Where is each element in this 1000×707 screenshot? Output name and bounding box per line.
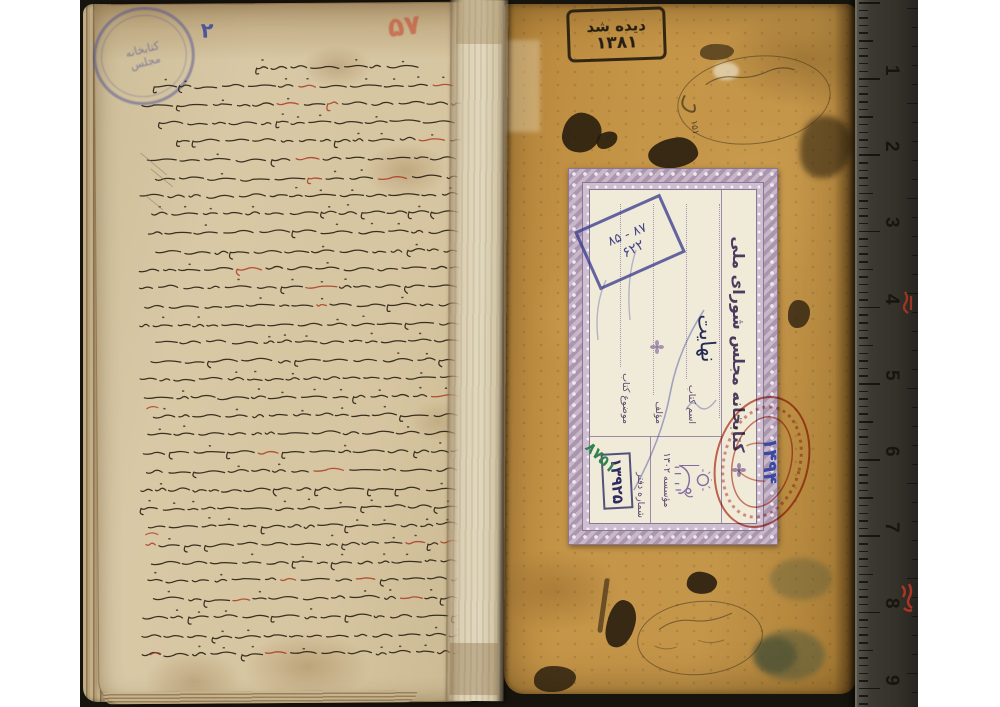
- ruler-tick: [907, 198, 918, 199]
- register-label: شماره دفتر: [635, 472, 646, 518]
- ruler-tick: [907, 8, 918, 9]
- ruler-tick: [912, 654, 918, 655]
- ruler-tick: [912, 616, 918, 617]
- ruler-tick: [859, 558, 868, 560]
- ruler-tick: [859, 574, 873, 576]
- ruler-tick: [859, 124, 868, 126]
- ruler-tick: [859, 353, 868, 355]
- ruler-tick: [912, 426, 918, 427]
- ruler-tick: [912, 122, 918, 123]
- ruler-tick: [912, 160, 918, 161]
- ruler-tick: [859, 695, 868, 697]
- ruler-tick: [859, 459, 880, 461]
- ruler-tick: [912, 521, 918, 522]
- ruler-tick: [859, 276, 868, 278]
- ruler-tick: [912, 46, 918, 47]
- ink-stain: [685, 570, 718, 596]
- ruler-tick: [859, 612, 880, 614]
- ruler-tick: [912, 464, 918, 465]
- ruler-tick: [859, 634, 868, 636]
- ruler-tick: [859, 284, 868, 286]
- ruler-tick: [912, 65, 918, 66]
- faint-handwriting: [673, 48, 834, 152]
- ruler-tick: [912, 559, 918, 560]
- ruler-tick: [912, 445, 918, 446]
- ruler-tick: [859, 116, 873, 118]
- field-row: [719, 204, 721, 424]
- ruler-tick: [859, 665, 868, 667]
- ruler-tick: [859, 406, 868, 408]
- ruler-tick: [859, 650, 873, 652]
- ruler-tick: [859, 413, 868, 415]
- ruler-tick: [859, 596, 868, 598]
- ruler-tick: [912, 236, 918, 237]
- ruler-tick: [912, 692, 918, 693]
- ruler-tick: [859, 139, 868, 141]
- institution-label: مؤسسه ۱۳۰۲: [661, 453, 672, 508]
- ruler-tick: [912, 350, 918, 351]
- ruler-tick: [907, 293, 918, 294]
- ruler-tick: [859, 215, 868, 217]
- ruler-number: 8: [880, 598, 902, 618]
- ruler-tick: [912, 27, 918, 28]
- ruler-tick: [907, 578, 918, 579]
- ruler-tick: [907, 673, 918, 674]
- ruler-number: 9: [880, 675, 902, 695]
- ruler-tick: [859, 703, 868, 705]
- ruler-tick: [859, 48, 868, 50]
- ruler-tick: [859, 429, 868, 431]
- ruler-tick: [859, 566, 868, 568]
- ruler-tick: [859, 170, 868, 172]
- ruler-tick: [859, 375, 868, 377]
- ruler-tick: [859, 307, 880, 309]
- ruler-tick: [907, 388, 918, 389]
- rosette-icon: [650, 340, 664, 354]
- ruler-tick: [859, 513, 868, 515]
- ruler-tick: [859, 535, 880, 537]
- ruler-tick: [859, 162, 868, 164]
- ruler-tick: [859, 86, 868, 88]
- ruler-tick: [859, 193, 873, 195]
- ruler-tick: [859, 627, 868, 629]
- ruler-tick: [859, 368, 868, 370]
- faint-oval-number: ۱۵۱: [688, 120, 700, 136]
- ruler-tick: [912, 331, 918, 332]
- ruler-tick: [859, 330, 868, 332]
- ruler-tick: [859, 383, 880, 385]
- ruler-number: 2: [880, 141, 902, 161]
- ruler-tick: [859, 40, 873, 42]
- ruler-tick: [912, 312, 918, 313]
- ruler-tick: [859, 680, 868, 682]
- ruler-tick: [859, 223, 868, 225]
- ruler-tick: [859, 589, 868, 591]
- ruler-tick: [859, 200, 868, 202]
- ruler-tick: [859, 261, 868, 263]
- ruler-tick: [859, 132, 868, 134]
- accession-number-blue: ۱۴۹۴: [759, 423, 781, 499]
- ruler-tick: [859, 619, 868, 621]
- ruler-number: 4: [880, 294, 902, 314]
- ink-stain: [534, 666, 576, 692]
- ruler-tick: [859, 337, 868, 339]
- ink-stain: [700, 44, 734, 60]
- ruler-tick: [912, 502, 918, 503]
- checked-stamp: دیده شد ۱۳۸۱: [566, 6, 667, 62]
- ruler-tick: [912, 141, 918, 142]
- ruler-tick: [859, 551, 868, 553]
- ruler-tick: [907, 483, 918, 484]
- ruler-number: 7: [880, 522, 902, 542]
- ruler-tick: [912, 274, 918, 275]
- ruler-tick: [859, 490, 868, 492]
- ruler-tick: [859, 505, 868, 507]
- ruler-tick: [859, 421, 873, 423]
- ruler-tick: [907, 103, 918, 104]
- ruler-tick: [859, 17, 868, 19]
- ruler-tick: [859, 673, 868, 675]
- checked-stamp-year: ۱۳۸۱: [596, 33, 638, 52]
- tape-piece: [456, 0, 502, 44]
- ruler-tick: [912, 369, 918, 370]
- ruler-tick: [859, 688, 880, 690]
- manuscript-page: کتابخانه مجلس ۲ ۵۷: [94, 2, 479, 705]
- ruler-tick: [859, 154, 880, 156]
- green-smudge: [770, 558, 832, 600]
- field-label: اسم کتاب: [686, 385, 697, 424]
- red-folio-number: ۵۷: [386, 9, 423, 44]
- ruler-tick: [859, 25, 868, 27]
- photo-backdrop: کتابخانه مجلس ۲ ۵۷ دیده شد ۱۳۸۱: [80, 0, 918, 707]
- ruler-tick: [859, 101, 868, 103]
- ruler-tick: [859, 208, 868, 210]
- ruler-tick: [859, 581, 868, 583]
- ruler-tick: [859, 147, 868, 149]
- ruler-tick: [859, 642, 868, 644]
- ruler-tick: [912, 217, 918, 218]
- ruler-tick: [859, 2, 880, 4]
- ruler-tick: [859, 436, 868, 438]
- ruler-tick: [859, 467, 868, 469]
- manuscript-text: [134, 55, 468, 669]
- ruler-tick: [859, 78, 880, 80]
- field-label: موضوع کتاب: [620, 373, 631, 424]
- ruler-tick: [859, 322, 868, 324]
- ruler-tick: [859, 269, 873, 271]
- ruler-tick: [859, 474, 868, 476]
- faint-handwriting: [635, 597, 765, 680]
- register-cell: شماره دفتر ۱۳۹۲۵ ۸۷۵۱: [590, 437, 650, 523]
- ruler-tick: [859, 299, 868, 301]
- ruler: 123456789: [855, 0, 918, 707]
- ruler-tick: [912, 635, 918, 636]
- ruler-tick: [912, 84, 918, 85]
- ruler-tick: [912, 179, 918, 180]
- ruler-tick: [859, 71, 868, 73]
- ink-stain: [788, 300, 810, 328]
- ruler-tick: [859, 93, 868, 95]
- ruler-tick: [912, 597, 918, 598]
- ruler-tick: [859, 238, 868, 240]
- cover-worn-patch: [506, 40, 540, 132]
- ruler-number: 3: [880, 217, 902, 237]
- ruler-tick: [859, 246, 868, 248]
- ink-stain: [559, 109, 606, 157]
- ruler-tick: [859, 292, 868, 294]
- ruler-tick: [859, 452, 868, 454]
- ruler-tick: [859, 55, 868, 57]
- field-row-book-name: اسم کتاب نهایت: [686, 204, 697, 424]
- ruler-tick: [859, 528, 868, 530]
- handwritten-title: نهایت: [693, 313, 721, 363]
- ruler-tick: [859, 520, 868, 522]
- ruler-tick: [859, 497, 873, 499]
- ruler-tick: [859, 10, 868, 12]
- ruler-tick: [859, 398, 868, 400]
- ink-stain: [602, 598, 639, 651]
- ruler-tick: [859, 657, 868, 659]
- ruler-tick: [859, 444, 868, 446]
- ruler-number: 5: [880, 370, 902, 390]
- ruler-tick: [859, 543, 868, 545]
- ruler-tick: [859, 604, 868, 606]
- ruler-number: 1: [880, 65, 902, 85]
- ruler-tick: [859, 231, 880, 233]
- ruler-tick: [859, 314, 868, 316]
- ruler-tick: [859, 109, 868, 111]
- field-label: مؤلف: [653, 401, 664, 424]
- ruler-tick: [859, 345, 873, 347]
- page-number: ۲: [201, 18, 214, 42]
- cover-burnt-edge: [834, 4, 856, 694]
- ruler-tick: [912, 540, 918, 541]
- ruler-tick: [859, 482, 868, 484]
- ruler-tick: [912, 407, 918, 408]
- ruler-tick: [859, 63, 868, 65]
- faint-oval-stamp-bottom: [634, 596, 766, 681]
- ruler-tick: [859, 185, 868, 187]
- ruler-tick: [859, 391, 868, 393]
- binding-hinge-strip: [446, 0, 509, 701]
- ruler-number: 6: [880, 446, 902, 466]
- ruler-tick: [859, 360, 868, 362]
- ruler-tick: [859, 32, 868, 34]
- ruler-tick: [859, 177, 868, 179]
- ruler-tick: [912, 255, 918, 256]
- tape-piece: [450, 643, 498, 695]
- ruler-tick: [859, 253, 868, 255]
